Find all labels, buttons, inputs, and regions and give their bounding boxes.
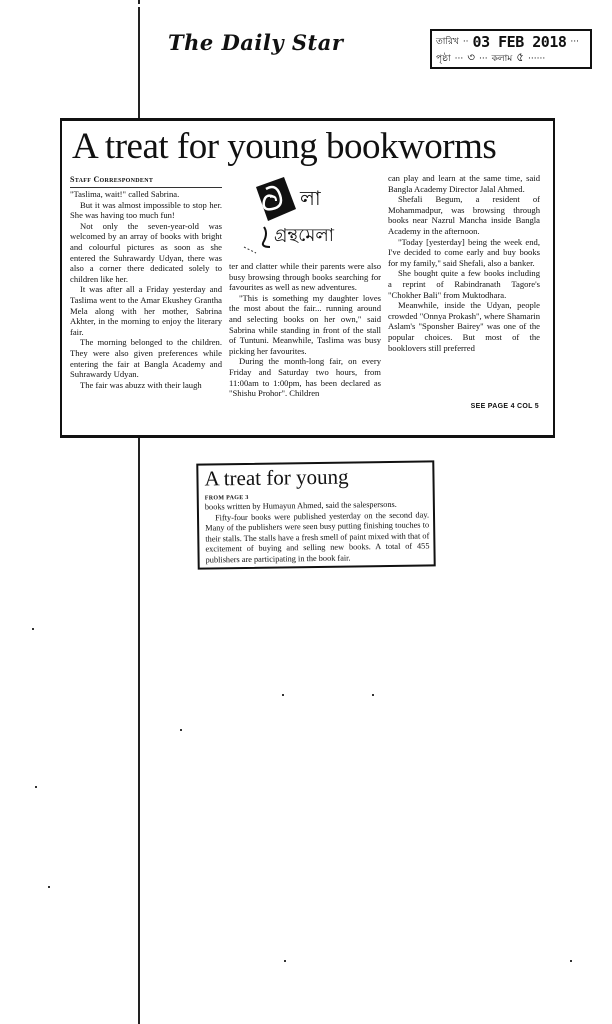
stamp-dots: ···	[455, 54, 464, 64]
stamp-dots: ···	[570, 37, 579, 47]
stamp-column-label: কলাম	[492, 51, 513, 66]
byline-rule	[70, 187, 222, 188]
jump-from-note: FROM PAGE 3	[205, 495, 249, 502]
article-byline: Staff Correspondent	[70, 175, 153, 184]
jump-body: books written by Humayun Ahmed, said the…	[205, 499, 430, 565]
stamp-dots: ······	[528, 54, 545, 64]
scan-speck	[284, 960, 286, 962]
paragraph: "Taslima, wait!" called Sabrina.	[70, 189, 222, 200]
article-clipping: A treat for young bookworms Staff Corres…	[60, 118, 555, 438]
paragraph: "This is something my daughter loves the…	[229, 293, 381, 357]
scan-speck	[32, 628, 34, 630]
scan-speck	[48, 886, 50, 888]
scan-speck	[570, 960, 572, 962]
scan-speck	[372, 694, 374, 696]
svg-text:লা: লা	[299, 186, 322, 210]
paragraph: ter and clatter while their parents were…	[229, 261, 381, 293]
scan-speck	[35, 786, 37, 788]
article-column-2: ter and clatter while their parents were…	[229, 261, 381, 399]
stamp-page-label: পৃষ্ঠা	[436, 51, 451, 66]
svg-text:গ্রন্থমেলা: গ্রন্থমেলা	[274, 225, 335, 246]
article-column-3: can play and learn at the same time, sai…	[388, 173, 540, 353]
stamp-page-value: ৩	[467, 49, 475, 69]
article-column-1: "Taslima, wait!" called Sabrina. But it …	[70, 189, 222, 390]
scan-speck	[180, 729, 182, 731]
stamp-column-value: ৫	[516, 49, 524, 69]
paragraph: She bought quite a few books including a…	[388, 268, 540, 300]
jump-clipping: A treat for young FROM PAGE 3 books writ…	[196, 460, 435, 569]
paragraph: Fifty-four books were published yesterda…	[205, 510, 430, 566]
paragraph: Meanwhile, inside the Udyan, people crow…	[388, 300, 540, 353]
paragraph: Not only the seven-year-old was welcomed…	[70, 221, 222, 285]
article-headline: A treat for young bookworms	[72, 125, 496, 168]
paragraph: Shefali Begum, a resident of Mohammadpur…	[388, 194, 540, 236]
paragraph: The fair was abuzz with their laugh	[70, 380, 222, 391]
paragraph: "Today [yesterday] being the week end, I…	[388, 237, 540, 269]
margin-line-gap	[137, 4, 141, 7]
newspaper-masthead: The Daily Star	[168, 30, 343, 55]
stamp-dots: ···	[479, 54, 488, 64]
paragraph: During the month-long fair, on every Fri…	[229, 356, 381, 398]
paragraph: It was after all a Friday yesterday and …	[70, 284, 222, 337]
paragraph: But it was almost impossible to stop her…	[70, 200, 222, 221]
continuation-note: SEE PAGE 4 COL 5	[471, 403, 539, 410]
book-fair-logo-icon: লা গ্রন্থমেলা	[234, 167, 374, 257]
scan-speck	[282, 694, 284, 696]
paragraph: The morning belonged to the children. Th…	[70, 337, 222, 379]
paragraph: can play and learn at the same time, sai…	[388, 173, 540, 194]
stamp-date-label: তারিখ	[436, 34, 459, 49]
margin-line-gap	[137, 758, 141, 798]
stamp-dots: ··	[463, 37, 469, 47]
date-stamp: তারিখ ·· 03 FEB 2018 ··· পৃষ্ঠা ··· ৩ ··…	[430, 29, 592, 69]
jump-headline: A treat for young	[204, 465, 348, 492]
